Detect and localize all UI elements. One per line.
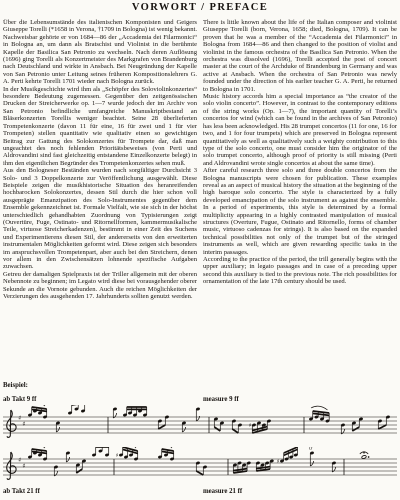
staff1-german-label: ab Takt 9 ff [3, 396, 36, 404]
staff2-english-label: measure 21 ff [203, 488, 242, 496]
example-label: Beispiel: [3, 382, 28, 390]
german-column: Über die Lebensumstände des italienische… [3, 19, 197, 300]
german-paragraph: Über die Lebensumstände des italienische… [3, 19, 197, 86]
music-staff-measure-9: ♯♯♯ [2, 405, 398, 445]
english-paragraph: According to the practice of the period,… [203, 256, 397, 286]
german-paragraph: In der Musikgeschichte wird ihm als „Sch… [3, 86, 197, 167]
german-paragraph: Aus den Bologneser Beständen wurden nach… [3, 167, 197, 271]
svg-text:♯: ♯ [22, 420, 25, 428]
preface-page: VORWORT / PREFACE Über die Lebensumständ… [0, 0, 400, 500]
svg-text:tr: tr [309, 447, 314, 452]
staff2-german-label: ab Takt 21 ff [3, 488, 40, 496]
svg-text:♯: ♯ [249, 422, 252, 429]
staff1-english-label: measure 9 ff [203, 396, 239, 404]
english-paragraph: There is little known about the life of … [203, 19, 397, 93]
page-title: VORWORT / PREFACE [0, 2, 400, 13]
music-staff-measure-21: ♯♯♯♯tr [2, 447, 398, 487]
svg-text:♯: ♯ [116, 452, 119, 459]
english-paragraph: Music history accords him a special impo… [203, 93, 397, 167]
english-paragraph: After careful research three solo and th… [203, 167, 397, 256]
svg-text:♯: ♯ [22, 462, 25, 470]
english-column: There is little known about the life of … [203, 19, 397, 286]
german-paragraph: Getreu der damaligen Spielpraxis ist der… [3, 271, 197, 301]
svg-text:♯: ♯ [18, 456, 21, 464]
svg-text:♯: ♯ [18, 414, 21, 422]
svg-text:♯: ♯ [277, 458, 280, 465]
